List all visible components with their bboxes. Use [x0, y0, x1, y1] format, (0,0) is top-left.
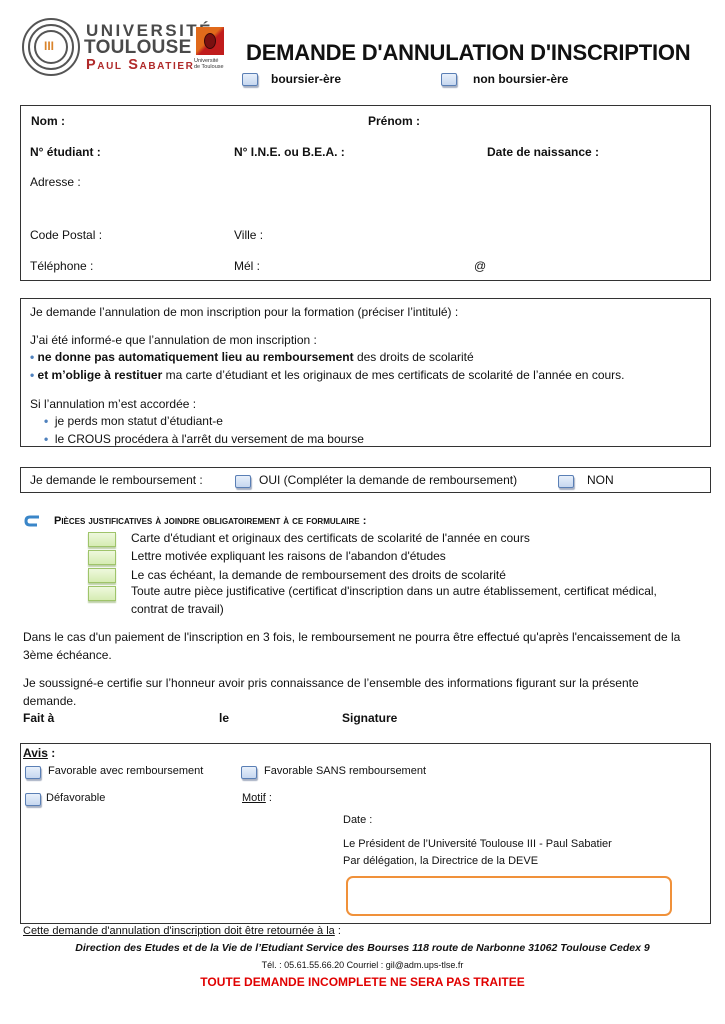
president-text: Le Président de l’Université Toulouse II…	[343, 838, 612, 850]
motif-label: Motif :	[242, 792, 272, 804]
pieces-heading: Pièces justificatives à joindre obligato…	[54, 515, 366, 527]
toulouse-badge-icon	[196, 27, 224, 55]
prenom-label: Prénom :	[368, 114, 420, 128]
piece-remboursement-label: Le cas échéant, la demande de remboursem…	[131, 568, 506, 582]
page-title: DEMANDE D'ANNULATION D'INSCRIPTION	[246, 40, 690, 66]
piece-checkbox-autre[interactable]	[88, 586, 116, 601]
return-address: Direction des Etudes et de la Vie de l’E…	[0, 942, 725, 954]
piece-checkbox-lettre[interactable]	[88, 550, 116, 565]
mel-label: Mél :	[234, 259, 260, 273]
consequence-crous: • le CROUS procédera à l'arrêt du versem…	[44, 432, 364, 446]
logo-line2: TOULOUSE III	[84, 37, 214, 59]
logo-line3: Paul Sabatier	[86, 57, 194, 73]
date-naissance-label: Date de naissance :	[487, 145, 599, 159]
refund-non-label: NON	[587, 473, 614, 487]
identity-section	[20, 105, 711, 281]
ville-label: Ville :	[234, 228, 263, 242]
logo-roman-numeral: III	[44, 39, 54, 53]
adresse-label: Adresse :	[30, 175, 81, 189]
refund-oui-label: OUI (Compléter la demande de rembourseme…	[259, 473, 517, 487]
piece-carte-label: Carte d'étudiant et originaux des certif…	[131, 531, 530, 545]
boursier-checkbox[interactable]	[242, 73, 258, 86]
non-boursier-label: non boursier-ère	[473, 72, 568, 86]
curved-arrow-icon	[24, 515, 40, 527]
refund-oui-checkbox[interactable]	[235, 475, 251, 488]
avis-heading: Avis :	[23, 746, 55, 760]
certify-line1: Je soussigné-e certifie sur l’honneur av…	[23, 676, 639, 690]
official-signature-box[interactable]	[346, 876, 672, 916]
le-label: le	[219, 711, 229, 725]
piece-checkbox-carte[interactable]	[88, 532, 116, 547]
incomplete-warning: TOUTE DEMANDE INCOMPLETE NE SERA PAS TRA…	[0, 975, 725, 989]
informed-text: J’ai été informé-e que l’annulation de m…	[30, 333, 317, 347]
refund-non-checkbox[interactable]	[558, 475, 574, 488]
request-formation-text: Je demande l’annulation de mon inscripti…	[30, 305, 458, 319]
point-no-refund: • ne donne pas automatiquement lieu au r…	[30, 350, 474, 364]
certify-line2: demande.	[23, 694, 76, 708]
piece-autre-label: Toute autre pièce justificative (certifi…	[131, 584, 657, 598]
contact-info: Tél. : 05.61.55.66.20 Courriel : gil@adm…	[0, 960, 725, 970]
consequence-statut: • je perds mon statut d’étudiant-e	[44, 414, 223, 428]
point-restitution: • et m’oblige à restituer ma carte d’étu…	[30, 368, 625, 382]
piece-lettre-label: Lettre motivée expliquant les raisons de…	[131, 549, 446, 563]
code-postal-label: Code Postal :	[30, 228, 102, 242]
num-etudiant-label: N° étudiant :	[30, 145, 101, 159]
email-at-sign: @	[474, 259, 486, 273]
badge-line2: de Toulouse	[194, 64, 224, 70]
avis-defavorable-checkbox[interactable]	[25, 793, 41, 806]
avis-fav-avec-checkbox[interactable]	[25, 766, 41, 779]
avis-fav-sans-label: Favorable SANS remboursement	[264, 765, 426, 777]
piece-autre-label-cont: contrat de travail)	[131, 602, 224, 616]
piece-checkbox-remboursement[interactable]	[88, 568, 116, 583]
avis-fav-sans-checkbox[interactable]	[241, 766, 257, 779]
return-to-text: Cette demande d'annulation d'inscription…	[23, 925, 341, 937]
ine-label: N° I.N.E. ou B.E.A. :	[234, 145, 345, 159]
nom-label: Nom :	[31, 114, 65, 128]
si-accordee-text: Si l’annulation m’est accordée :	[30, 397, 196, 411]
payment-note-line1: Dans le cas d'un paiement de l'inscripti…	[23, 630, 680, 644]
non-boursier-checkbox[interactable]	[441, 73, 457, 86]
signature-label: Signature	[342, 711, 397, 725]
avis-defavorable-label: Défavorable	[46, 792, 105, 804]
boursier-label: boursier-ère	[271, 72, 341, 86]
refund-label: Je demande le remboursement :	[30, 473, 203, 487]
avis-date-label: Date :	[343, 814, 372, 826]
avis-fav-avec-label: Favorable avec remboursement	[48, 765, 203, 777]
payment-note-line2: 3ème échéance.	[23, 648, 112, 662]
fait-a-label: Fait à	[23, 711, 54, 725]
delegation-text: Par délégation, la Directrice de la DEVE	[343, 855, 538, 867]
telephone-label: Téléphone :	[30, 259, 93, 273]
